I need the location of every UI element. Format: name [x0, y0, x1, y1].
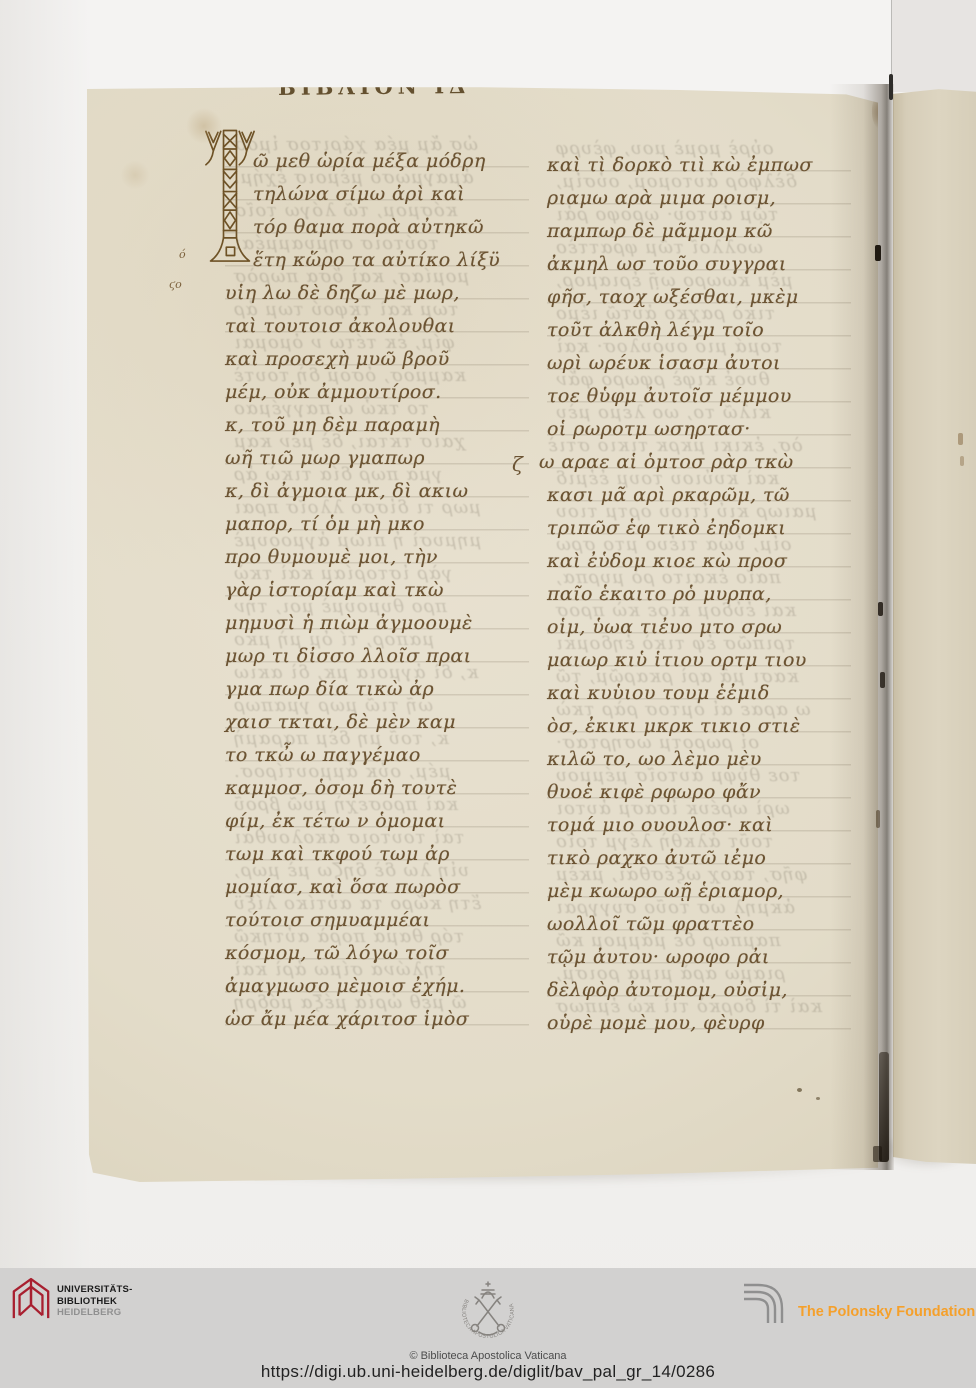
- manuscript-line: ὡσ ἄμ μέα χάριτοσ ἱμὸσ: [225, 1004, 529, 1037]
- manuscript-line: οὑρὲ μομὲ μου, φὲυρφ: [547, 1008, 851, 1041]
- margin-mark-1: ό: [179, 248, 186, 261]
- ub-logo-line3: HEIDELBERG: [57, 1307, 132, 1319]
- ub-logo-line2: BIBLIOTHEK: [57, 1296, 132, 1308]
- binding-gap: [879, 1052, 889, 1162]
- ub-heidelberg-logo-text: UNIVERSITÄTS- BIBLIOTHEK HEIDELBERG: [57, 1284, 132, 1319]
- binding-thread: [876, 810, 880, 828]
- copyright-notice: © Biblioteca Apostolica Vaticana: [0, 1350, 976, 1362]
- page-url: https://digi.ub.uni-heidelberg.de/diglit…: [0, 1362, 976, 1382]
- vatican-ring-text: BIBLIOTECA APOSTOLICA VATICANA: [460, 1298, 516, 1340]
- ub-heidelberg-book-icon: [10, 1276, 52, 1326]
- binding-thread: [875, 245, 881, 261]
- background-tint-right: [892, 0, 976, 92]
- polonsky-arcs-icon: [741, 1279, 793, 1325]
- facing-page-mark: [958, 433, 963, 445]
- ub-logo-line1: UNIVERSITÄTS-: [57, 1284, 132, 1296]
- margin-mark-2: ϛο: [169, 278, 182, 291]
- polonsky-label: The Polonsky Foundation: [798, 1304, 975, 1320]
- manuscript-photo: ΒΙΒΛΙΟΝ ΙΔ ό ϛο ζ ῶ: [0, 0, 976, 1268]
- ink-speck: [797, 1088, 802, 1092]
- vatican-library-emblem: BIBLIOTECA APOSTOLICA VATICANA: [452, 1280, 524, 1346]
- running-title-fragment: ΒΙΒΛΙΟΝ ΙΔ: [278, 75, 471, 98]
- svg-text:BIBLIOTECA APOSTOLICA VATICANA: BIBLIOTECA APOSTOLICA VATICANA: [460, 1298, 516, 1340]
- facing-page: [893, 88, 976, 1164]
- digitized-manuscript-viewer: ΒΙΒΛΙΟΝ ΙΔ ό ϛο ζ ῶ: [0, 0, 976, 1388]
- text-column-right: καὶ τὶ δορκὸ τιὶ κὼ ἐμπωσριαμω αρὰ μιμα …: [547, 150, 851, 1041]
- parchment-stain: [121, 160, 149, 190]
- manuscript-page: ΒΙΒΛΙΟΝ ΙΔ ό ϛο ζ ῶ: [85, 84, 878, 1182]
- facing-page-mark: [960, 456, 964, 466]
- binding-thread: [878, 602, 883, 616]
- binding-thread: [889, 74, 893, 100]
- text-column-left: ῶ μεθ ὡρία μέξα μόδρητηλώνα σίμω ἀρὶ καὶ…: [225, 146, 529, 1037]
- background-tint: [0, 0, 90, 1268]
- ink-speck: [816, 1097, 820, 1100]
- footer-bar: UNIVERSITÄTS- BIBLIOTHEK HEIDELBERG BIBL…: [0, 1268, 976, 1388]
- binding-thread: [880, 672, 885, 688]
